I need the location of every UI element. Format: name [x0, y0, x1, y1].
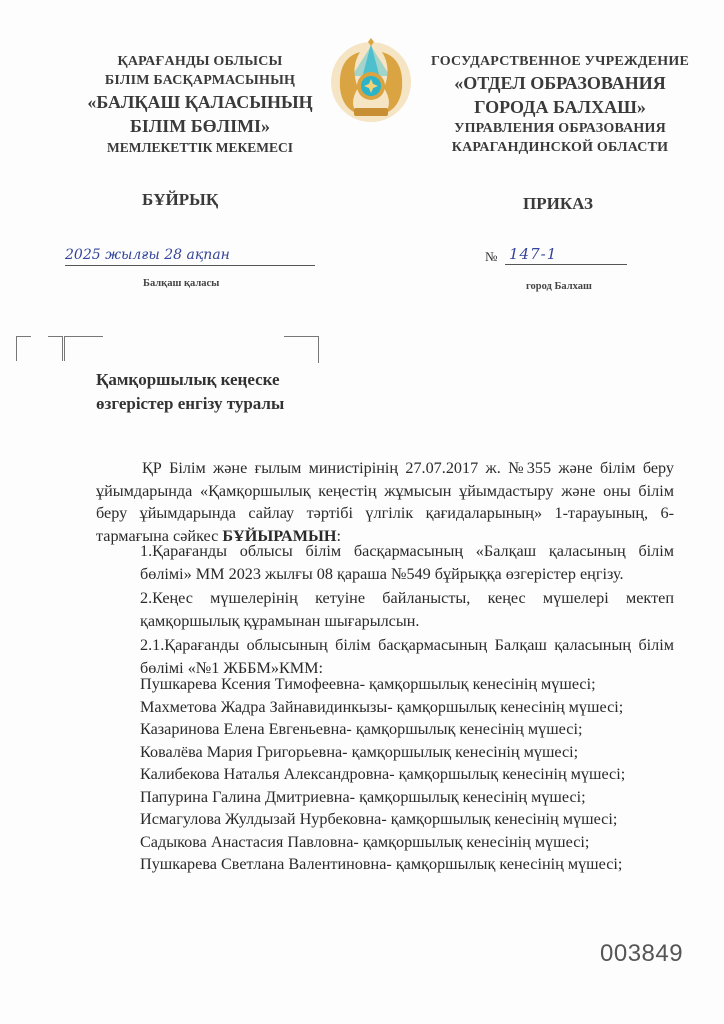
order-item: 1.Қарағанды облысы білім басқармасының «… [140, 540, 674, 585]
handwritten-date: 2025 жылғы 28 ақпан [65, 247, 230, 263]
serial-number: 003849 [600, 940, 683, 968]
corner-bracket [48, 336, 63, 361]
header-line: «ОТДЕЛ ОБРАЗОВАНИЯ [415, 71, 705, 95]
list-item: Исмагулова Жулдызай Нурбековна- қамқоршы… [140, 808, 674, 831]
list-item: Махметова Жадра Зайнавидинкызы- қамқоршы… [140, 696, 674, 719]
city-ru: город Балхаш [526, 281, 592, 292]
members-list: Пушкарева Ксения Тимофеевна- қамқоршылық… [140, 673, 674, 876]
header-line: КАРАГАНДИНСКОЙ ОБЛАСТИ [415, 138, 705, 157]
list-item: Пушкарева Светлана Валентиновна- қамқорш… [140, 853, 674, 876]
header-line: «БАЛҚАШ ҚАЛАСЫНЫҢ [60, 90, 340, 114]
header-line: ҚАРАҒАНДЫ ОБЛЫСЫ [60, 52, 340, 71]
subject-line: өзгерістер енгізу туралы [96, 392, 284, 416]
header-line: УПРАВЛЕНИЯ ОБРАЗОВАНИЯ [415, 119, 705, 138]
list-item: Папурина Галина Дмитриевна- қамқоршылық … [140, 786, 674, 809]
header-line: МЕМЛЕКЕТТІК МЕКЕМЕСІ [60, 138, 340, 157]
corner-bracket [64, 336, 103, 361]
order-item: 2.Кеңес мүшелерінің кетуіне байланысты, … [140, 587, 674, 632]
list-item: Калибекова Наталья Александровна- қамқор… [140, 763, 674, 786]
number-underline [505, 264, 627, 265]
number-sign: № [485, 249, 497, 265]
header-org-ru: ГОСУДАРСТВЕННОЕ УЧРЕЖДЕНИЕ «ОТДЕЛ ОБРАЗО… [415, 52, 705, 157]
subject-line: Қамқоршылық кеңеске [96, 368, 284, 392]
preamble-text: ҚР Білім және ғылым министірінің 27.07.2… [96, 459, 674, 545]
header-line: БІЛІМ БАСҚАРМАСЫНЫҢ [60, 71, 340, 90]
order-date-field: 2025 жылғы 28 ақпан [65, 245, 315, 266]
state-emblem-icon [330, 38, 412, 128]
order-number-field: № 147-1 [485, 245, 627, 265]
list-item: Садыкова Анастасия Павловна- қамқоршылық… [140, 831, 674, 854]
list-item: Ковалёва Мария Григорьевна- қамқоршылық … [140, 741, 674, 764]
list-item: Пушкарева Ксения Тимофеевна- қамқоршылық… [140, 673, 674, 696]
order-title-kz: БҰЙРЫҚ [142, 190, 218, 210]
order-items: 1.Қарағанды облысы білім басқармасының «… [140, 540, 674, 679]
header-line: ГОСУДАРСТВЕННОЕ УЧРЕЖДЕНИЕ [415, 52, 705, 71]
preamble-paragraph: ҚР Білім және ғылым министірінің 27.07.2… [96, 457, 674, 547]
handwritten-number: 147-1 [509, 245, 557, 263]
header-org-kz: ҚАРАҒАНДЫ ОБЛЫСЫ БІЛІМ БАСҚАРМАСЫНЫҢ «БА… [60, 52, 340, 157]
corner-bracket [284, 336, 319, 363]
order-subject: Қамқоршылық кеңеске өзгерістер енгізу ту… [96, 368, 284, 416]
header-line: БІЛІМ БӨЛІМІ» [60, 114, 340, 138]
order-title-ru: ПРИКАЗ [523, 194, 593, 214]
corner-bracket [16, 336, 31, 361]
header-line: ГОРОДА БАЛХАШ» [415, 95, 705, 119]
list-item: Казаринова Елена Евгеньевна- қамқоршылық… [140, 718, 674, 741]
city-kz: Балқаш қаласы [143, 278, 219, 289]
